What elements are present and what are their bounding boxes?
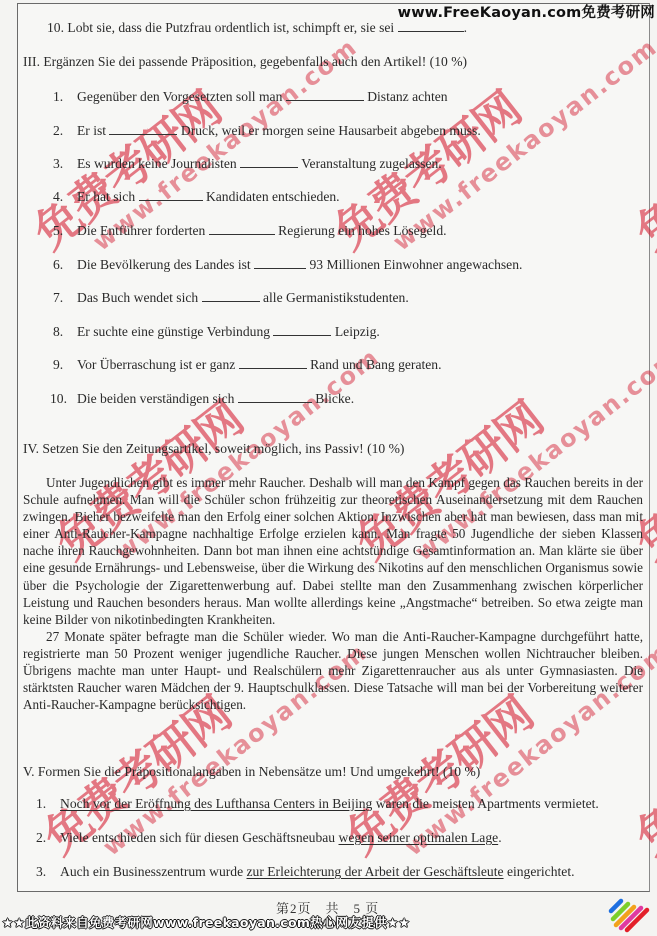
answer-blank[interactable] [239,357,307,369]
question-item: 4.Er hat sich Kandidaten entschieden. [53,189,340,205]
source-banner: ★★此资料来自免费考研网www.freekaoyan.com热心网友提供★★ [2,913,410,931]
answer-blank[interactable] [109,123,177,135]
question-item: 6.Die Bevölkerung des Landes ist 93 Mill… [53,257,522,273]
question-item: 2.Viele entschieden sich für diesen Gesc… [36,830,502,846]
question-item: 5.Die Entführer forderten Regierung ein … [53,223,447,239]
underlined-phrase: Noch vor der Eröffnung des Lufthansa Cen… [60,796,372,811]
answer-blank[interactable] [254,257,306,269]
question-item: 10. Lobt sie, dass die Putzfrau ordentli… [47,20,467,36]
answer-blank[interactable] [273,324,331,336]
paragraph: 27 Monate später befragte man die Schüle… [23,628,643,713]
question-item: 9.Vor Überraschung ist er ganz Rand und … [53,357,441,373]
site-logo-icon [607,895,651,933]
answer-blank[interactable] [139,189,203,201]
question-item: 8.Er suchte eine günstige Verbindung Lei… [53,324,380,340]
underlined-phrase: wegen seiner optimalen Lage [339,830,499,845]
question-item: 10.Die beiden verständigen sich Blicke. [50,391,354,407]
answer-blank[interactable] [238,391,312,403]
answer-blank[interactable] [202,290,260,302]
section-title: IV. Setzen Sie den Zeitungsartikel, sowe… [23,441,404,457]
paragraph: Unter Jugendlichen gibt es immer mehr Ra… [23,474,643,628]
section-title: V. Formen Sie die Präpositionalangaben i… [23,764,480,780]
answer-blank[interactable] [286,89,364,101]
site-banner: www.FreeKaoyan.com免费考研网 [398,1,655,22]
question-item: 2.Er ist Druck, weil er morgen seine Hau… [53,123,481,139]
article-text: Unter Jugendlichen gibt es immer mehr Ra… [23,474,643,713]
underlined-phrase: zur Erleichterung der Arbeit der Geschäf… [247,864,504,879]
question-item: 1.Gegenüber den Vorgesetzten soll man Di… [53,89,448,105]
question-item: 1.Noch vor der Eröffnung des Lufthansa C… [36,796,599,812]
answer-blank[interactable] [209,223,275,235]
section-title: III. Ergänzen Sie dei passende Präpositi… [23,54,467,70]
question-item: 7.Das Buch wendet sich alle Germanistiks… [53,290,409,306]
question-item: 3.Auch ein Businesszentrum wurde zur Erl… [36,864,575,880]
answer-blank[interactable] [240,156,298,168]
question-item: 3.Es wurden keine Journalisten Veranstal… [53,156,442,172]
